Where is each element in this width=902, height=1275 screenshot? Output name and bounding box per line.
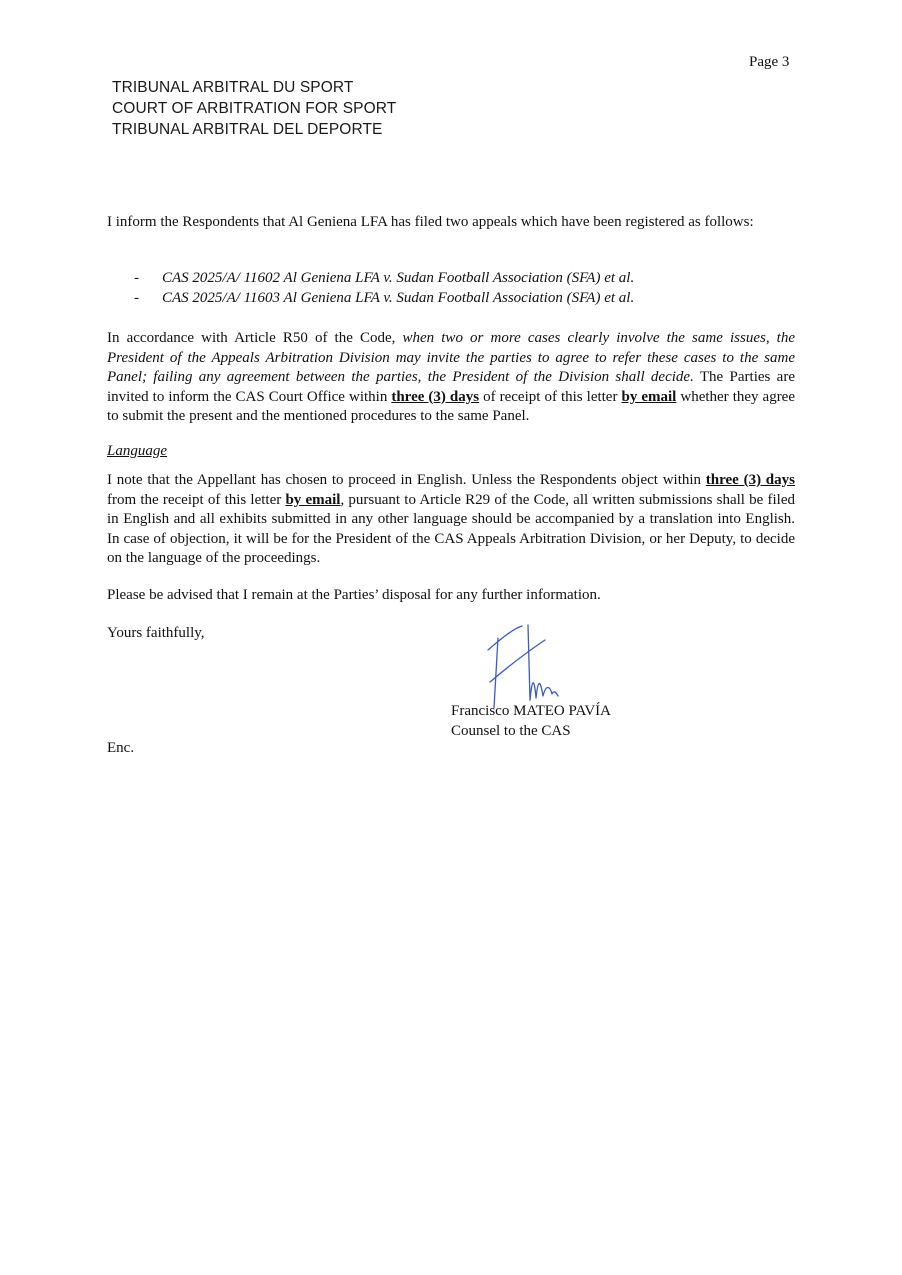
enclosure-note: Enc. — [107, 740, 134, 757]
language-method: by email — [285, 492, 340, 508]
letterhead: TRIBUNAL ARBITRAL DU SPORT COURT OF ARBI… — [112, 77, 396, 140]
signer-block: Francisco MATEO PAVÍA Counsel to the CAS — [451, 702, 611, 741]
list-bullet: - — [134, 289, 162, 309]
language-deadline: three (3) days — [706, 472, 795, 488]
signature-icon — [480, 620, 590, 710]
page-number: Page 3 — [749, 54, 789, 71]
letterhead-line-spanish: TRIBUNAL ARBITRAL DEL DEPORTE — [112, 119, 396, 140]
signer-name: Francisco MATEO PAVÍA — [451, 702, 611, 722]
case-reference: CAS 2025/A/ 11603 Al Geniena LFA v. Suda… — [162, 289, 634, 309]
intro-paragraph: I inform the Respondents that Al Geniena… — [107, 213, 795, 233]
case-list: - CAS 2025/A/ 11602 Al Geniena LFA v. Su… — [134, 269, 634, 308]
list-bullet: - — [134, 269, 162, 289]
letterhead-line-french: TRIBUNAL ARBITRAL DU SPORT — [112, 77, 396, 98]
r50-method: by email — [621, 389, 676, 405]
advise-paragraph: Please be advised that I remain at the P… — [107, 586, 795, 606]
language-part-b: from the receipt of this letter — [107, 492, 285, 508]
letterhead-line-english: COURT OF ARBITRATION FOR SPORT — [112, 98, 396, 119]
case-item: - CAS 2025/A/ 11602 Al Geniena LFA v. Su… — [134, 269, 634, 289]
r50-deadline: three (3) days — [391, 389, 479, 405]
closing-salutation: Yours faithfully, — [107, 625, 205, 642]
case-item: - CAS 2025/A/ 11603 Al Geniena LFA v. Su… — [134, 289, 634, 309]
case-reference: CAS 2025/A/ 11602 Al Geniena LFA v. Suda… — [162, 269, 634, 289]
signer-title: Counsel to the CAS — [451, 722, 611, 742]
r50-invite-b: of receipt of this letter — [479, 389, 621, 405]
article-r50-paragraph: In accordance with Article R50 of the Co… — [107, 329, 795, 427]
language-part-a: I note that the Appellant has chosen to … — [107, 472, 706, 488]
r50-lead: In accordance with Article R50 of the Co… — [107, 330, 403, 346]
language-paragraph: I note that the Appellant has chosen to … — [107, 471, 795, 569]
language-heading: Language — [107, 443, 167, 460]
